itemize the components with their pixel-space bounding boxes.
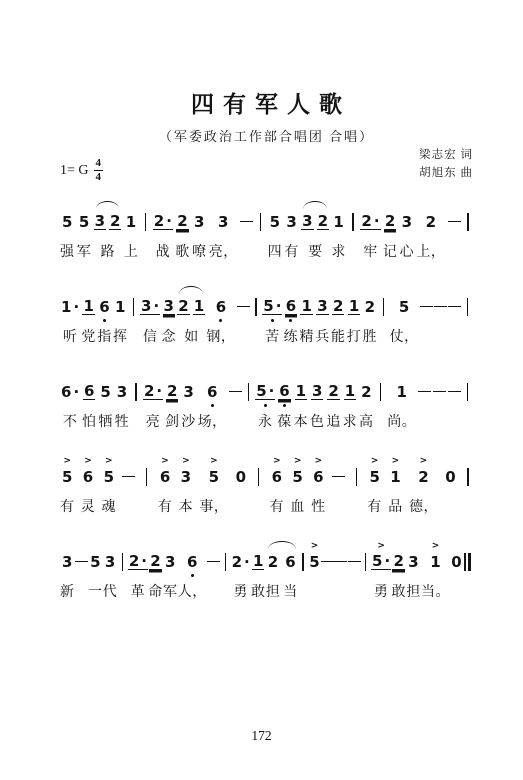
barline-stroke	[255, 298, 256, 316]
barline	[463, 199, 473, 261]
note: 3嘹	[192, 199, 207, 261]
note: 3担	[406, 539, 421, 601]
lyric: 有	[60, 494, 75, 516]
accent-mark: >	[311, 539, 319, 551]
lyric: 新	[60, 579, 75, 601]
lyric: 德，	[409, 494, 438, 516]
dash	[75, 539, 88, 601]
note-number: 2	[149, 553, 161, 570]
note-number: 3	[301, 213, 313, 230]
octave-zone	[283, 402, 286, 409]
barline-stroke	[467, 213, 468, 231]
slur-group: 21如	[177, 284, 205, 346]
duration-dash	[448, 391, 461, 393]
note-number: 2	[384, 213, 396, 230]
final-barline	[463, 539, 473, 601]
barline	[220, 539, 230, 601]
final-barline-strokes	[464, 553, 471, 571]
lyric: 指	[97, 324, 112, 346]
lyric: 魂	[102, 494, 117, 516]
music-line: 5强5军32路1上2·战2歌3嘹3亮，5四3有32要1求2·牢2记3心2上，	[60, 199, 473, 261]
barline-stroke	[146, 468, 147, 486]
note-number: 3	[401, 214, 413, 230]
lyric: 党	[81, 324, 96, 346]
note: 2歌	[175, 199, 190, 261]
note: 3心	[400, 199, 415, 261]
duration-dash	[237, 306, 250, 308]
slur-group: 32要	[301, 199, 329, 261]
duration-dash	[433, 391, 446, 393]
low-octave-dot	[103, 319, 106, 322]
low-octave-dot	[283, 404, 286, 407]
octave-zone	[211, 402, 214, 409]
lyric: 有	[158, 494, 173, 516]
dash	[207, 539, 220, 601]
note-number: 1	[348, 298, 360, 315]
accent-mark: >	[182, 454, 190, 466]
lyric: 事，	[199, 494, 228, 516]
music-line: 3新5一3代2·革2命3军6人，2·勇1敢2担6当>5>5·勇2敢3担>1当。0	[60, 539, 473, 601]
barline	[142, 454, 152, 516]
dash	[321, 539, 334, 601]
barline-stroke	[260, 213, 261, 231]
composer-credit: 胡旭东 曲	[419, 165, 473, 183]
note: 1尚。	[387, 369, 416, 431]
barline	[463, 284, 473, 346]
lyric: 要	[295, 239, 335, 261]
barline-stroke	[383, 298, 384, 316]
note-number: 6	[215, 299, 227, 315]
note-number: 6	[206, 384, 218, 400]
note-number: 3	[193, 214, 205, 230]
note: 6场，	[198, 369, 227, 431]
note: >5魂	[102, 454, 117, 516]
note-number: 2·	[143, 383, 163, 400]
lyric: 色	[310, 409, 325, 431]
note: 3新	[60, 539, 75, 601]
note-number: 2	[332, 298, 344, 315]
note: >1当。	[421, 539, 450, 601]
lyric: 亮	[146, 409, 161, 431]
dash	[122, 454, 135, 516]
note-number: 6	[271, 469, 283, 485]
note: 5·苦	[262, 284, 282, 346]
low-octave-dot	[191, 574, 194, 577]
duration-dash	[448, 306, 461, 308]
note-number: 5	[269, 214, 281, 230]
note-number: 1	[114, 299, 126, 315]
note-number: 3·	[140, 298, 160, 315]
key-prefix: 1= G	[60, 163, 89, 179]
note: >5有	[60, 454, 75, 516]
duration-dash	[321, 561, 334, 563]
note-number: 6	[186, 554, 198, 570]
note: >6性	[311, 454, 326, 516]
barline	[129, 284, 139, 346]
note-number: 3	[182, 384, 194, 400]
note: >1品	[388, 454, 403, 516]
note-number: 5·	[255, 383, 275, 400]
note: 3兵	[315, 284, 330, 346]
accent-mark: >	[273, 454, 281, 466]
dot-after: ·	[374, 212, 380, 230]
octave-zone	[271, 317, 274, 324]
note-number: 2	[364, 299, 376, 315]
credits: 梁志宏 词 胡旭东 曲	[419, 147, 473, 183]
dash	[334, 539, 347, 601]
lyric: 剑	[165, 409, 180, 431]
duration-dash	[448, 221, 461, 223]
barline	[141, 199, 151, 261]
note-number: 6	[83, 383, 95, 400]
page-number: 172	[0, 728, 523, 744]
note: 3军	[163, 539, 178, 601]
barline-stroke	[356, 468, 357, 486]
note-number: 1	[82, 298, 94, 315]
accent-mark: >	[161, 454, 169, 466]
barline-stroke	[467, 468, 468, 486]
slur-group: 32路	[94, 199, 122, 261]
note-number: 2	[360, 384, 372, 400]
note: 3代	[103, 539, 118, 601]
slur-group: 2担6当	[266, 539, 298, 601]
note: 3牲	[115, 369, 130, 431]
note-number: 3	[407, 554, 419, 570]
dot-after: ·	[156, 382, 162, 400]
low-octave-dot	[211, 404, 214, 407]
lyric: 担	[406, 579, 421, 601]
note: 6怕	[82, 369, 97, 431]
note-number: 2	[327, 383, 339, 400]
duration-dash	[332, 476, 345, 478]
note: 2上，	[416, 199, 445, 261]
note: >5血	[290, 454, 305, 516]
accent-mark: >	[377, 539, 385, 551]
accent-mark: >	[371, 454, 379, 466]
note: 1敢	[251, 539, 266, 601]
note-number: 0	[235, 469, 247, 485]
note: 5仗，	[390, 284, 419, 346]
lyric: 尚。	[387, 409, 416, 431]
lyric: 葆	[277, 409, 292, 431]
note-number: 5·	[262, 298, 282, 315]
note: 2敢	[391, 539, 406, 601]
lyric: 嘹	[192, 239, 207, 261]
note: 6·不	[60, 369, 80, 431]
lyric: 敢	[251, 579, 266, 601]
barline	[243, 369, 253, 431]
octave-zone	[289, 317, 292, 324]
lyric: 牢	[363, 239, 378, 261]
note-number: 6	[159, 469, 171, 485]
lyric: 勇	[374, 579, 389, 601]
lyric: 求	[343, 409, 358, 431]
barline	[251, 284, 261, 346]
note-number: 0	[444, 469, 456, 485]
lyric: 牺	[98, 409, 113, 431]
note-number: 3	[316, 298, 328, 315]
accent-mark: >	[392, 454, 400, 466]
lyric: 信	[143, 324, 158, 346]
barline	[375, 369, 385, 431]
accent-mark: >	[84, 454, 92, 466]
low-octave-dot	[219, 319, 222, 322]
barline	[298, 539, 308, 601]
duration-dash	[418, 391, 431, 393]
lyric: 有	[270, 494, 285, 516]
score: 5强5军32路1上2·战2歌3嘹3亮，5四3有32要1求2·牢2记3心2上，1·…	[60, 199, 473, 601]
lyric: 高	[359, 409, 374, 431]
note-number: 2	[267, 554, 279, 570]
dot-after: ·	[73, 298, 79, 316]
dash	[240, 199, 253, 261]
note-number: 1	[300, 298, 312, 315]
note: >5	[308, 539, 320, 601]
note: 1·听	[60, 284, 80, 346]
barline	[463, 369, 473, 431]
barline	[118, 539, 128, 601]
note-number: 3	[163, 298, 175, 315]
note: 3·信	[140, 284, 160, 346]
note-number: 2	[417, 469, 429, 485]
lyric: 本	[179, 494, 194, 516]
note-number: 2	[177, 298, 189, 315]
octave-zone	[219, 317, 222, 324]
lyricist-credit: 梁志宏 词	[419, 147, 473, 165]
slur-arc	[268, 541, 296, 549]
key-signature: 1= G 4 4	[60, 158, 103, 183]
note-number: 1	[396, 384, 408, 400]
note-number: 5	[61, 469, 73, 485]
lyric: 灵	[81, 494, 96, 516]
note-number: 2·	[231, 554, 251, 570]
duration-dash	[240, 221, 253, 223]
note: 2高	[359, 369, 374, 431]
music-line: >5有>6灵>5魂>6有>3本>5事，0>6有>5血>6性>5有>1品>2德，0	[60, 454, 473, 516]
lyric: 当。	[421, 579, 450, 601]
barline-stroke	[133, 298, 134, 316]
lyric: 路	[88, 239, 128, 261]
note-number: 3	[311, 383, 323, 400]
lyric: 怕	[82, 409, 97, 431]
note-number: 6·	[60, 384, 80, 400]
note: 5一	[88, 539, 103, 601]
note: >3本	[179, 454, 194, 516]
low-octave-dot	[271, 319, 274, 322]
lyric: 当	[283, 579, 298, 601]
lyric: 兵	[315, 324, 330, 346]
note-number: 6	[284, 554, 296, 570]
duration-dash	[207, 561, 220, 563]
lyric: 打	[347, 324, 362, 346]
note-number: 5	[291, 469, 303, 485]
dot-after: ·	[276, 297, 282, 315]
barline-stroke	[467, 298, 468, 316]
accent-mark: >	[63, 454, 71, 466]
octave-zone	[264, 402, 267, 409]
time-signature-bottom: 4	[94, 170, 104, 183]
note: >2德，	[409, 454, 438, 516]
lyric: 沙	[181, 409, 196, 431]
lyric: 挥	[113, 324, 128, 346]
note: 1求	[343, 369, 358, 431]
note-number: 6	[278, 383, 290, 400]
barline-stroke	[352, 213, 353, 231]
lyric: 有	[367, 494, 382, 516]
barline	[348, 199, 358, 261]
note-number: 2	[109, 213, 121, 230]
barline	[463, 454, 473, 516]
barline	[131, 369, 141, 431]
note: 3亮，	[209, 199, 238, 261]
barline-stroke	[467, 383, 468, 401]
sheet-music-page: 四有军人歌 （军委政治工作部合唱团 合唱） 1= G 4 4 梁志宏 词 胡旭东…	[0, 0, 523, 780]
note-number: 2·	[360, 213, 380, 230]
dash	[229, 369, 242, 431]
note-number: 5	[61, 214, 73, 230]
dot-after: ·	[166, 212, 172, 230]
lyric: 战	[156, 239, 171, 261]
note-number: 3	[217, 214, 229, 230]
lyric: 性	[311, 494, 326, 516]
barline	[378, 284, 388, 346]
note: 1打	[347, 284, 362, 346]
note: >6有	[270, 454, 285, 516]
note: 5四	[268, 199, 283, 261]
lyric: 血	[290, 494, 305, 516]
note-number: 6	[285, 298, 297, 315]
octave-zone	[103, 317, 106, 324]
barline-stroke	[145, 213, 146, 231]
note-number: 2	[317, 213, 329, 230]
lyric: 亮，	[209, 239, 238, 261]
note-number: 1	[389, 469, 401, 485]
note-number: 3	[164, 554, 176, 570]
song-subtitle: （军委政治工作部合唱团 合唱）	[60, 126, 473, 145]
barline-stroke	[302, 553, 303, 571]
low-octave-dot	[289, 319, 292, 322]
lyric: 革	[131, 579, 146, 601]
time-signature-top: 4	[94, 158, 104, 170]
note-number: 2·	[128, 553, 148, 570]
dot-after: ·	[73, 383, 79, 401]
accent-mark: >	[105, 454, 113, 466]
note: 2·勇	[231, 539, 251, 601]
note-number: 5	[78, 214, 90, 230]
lyric: 命	[148, 579, 163, 601]
duration-dash	[434, 306, 447, 308]
dash	[348, 539, 361, 601]
note: 6练	[284, 284, 299, 346]
dot-after: ·	[141, 552, 147, 570]
accent-mark: >	[315, 454, 323, 466]
lyric: 如	[171, 324, 211, 346]
lyric: 上，	[416, 239, 445, 261]
accent-mark: >	[210, 454, 218, 466]
note: 1本	[294, 369, 309, 431]
dot-after: ·	[244, 553, 250, 571]
lyric: 品	[388, 494, 403, 516]
note: 6指	[97, 284, 112, 346]
accent-mark: >	[420, 454, 428, 466]
dash	[448, 284, 461, 346]
duration-dash	[75, 561, 88, 563]
note-number: 3	[180, 469, 192, 485]
dash	[418, 369, 431, 431]
barline-stroke	[122, 553, 123, 571]
note: >5·勇	[371, 539, 391, 601]
note-number: 1	[125, 214, 137, 230]
note: 2能	[331, 284, 346, 346]
lyric: 勇	[233, 579, 248, 601]
note: >5事，	[199, 454, 228, 516]
dash	[420, 284, 433, 346]
note: 2·革	[128, 539, 148, 601]
note-number: 1	[332, 214, 344, 230]
note: 2记	[383, 199, 398, 261]
note-number: 0	[450, 554, 462, 570]
note-number: 3	[116, 384, 128, 400]
note: 2·战	[153, 199, 173, 261]
note: 2追	[326, 369, 341, 431]
lyric: 仗，	[390, 324, 419, 346]
note-number: 1	[252, 553, 264, 570]
music-line: 6·不6怕5牺3牲2·亮2剑3沙6场，5·永6葆1本3色2追1求2高1尚。	[60, 369, 473, 431]
lyric: 胜	[363, 324, 378, 346]
rest-note: 0	[235, 454, 247, 516]
accent-mark: >	[294, 454, 302, 466]
dash	[434, 284, 447, 346]
lyric: 敢	[391, 579, 406, 601]
barline	[255, 199, 265, 261]
lyric: 场，	[198, 409, 227, 431]
page-title: 四有军人歌	[60, 86, 473, 119]
note-number: 5	[208, 469, 220, 485]
lyric: 永	[258, 409, 273, 431]
note-number: 3	[285, 214, 297, 230]
note-number: 2	[392, 553, 404, 570]
note-number: 5·	[371, 553, 391, 570]
note-number: 3	[94, 213, 106, 230]
note: 5·永	[255, 369, 275, 431]
rest-note: 0	[444, 454, 456, 516]
lyric: 歌	[175, 239, 190, 261]
lyric: 听	[63, 324, 78, 346]
barline	[361, 539, 371, 601]
duration-dash	[334, 561, 347, 563]
dash	[433, 369, 446, 431]
lyric: 强	[60, 239, 75, 261]
note-number: 5	[368, 469, 380, 485]
note-number: 2	[425, 214, 437, 230]
lyric: 本	[294, 409, 309, 431]
note: 1挥	[113, 284, 128, 346]
note: 2剑	[165, 369, 180, 431]
note: 2·牢	[360, 199, 380, 261]
lyric: 追	[326, 409, 341, 431]
dot-after: ·	[384, 552, 390, 570]
note: 1党	[81, 284, 96, 346]
duration-dash	[420, 306, 433, 308]
note-number: 1	[193, 298, 205, 315]
barline	[253, 454, 263, 516]
note-number: 2·	[153, 213, 173, 230]
barline-stroke	[225, 553, 226, 571]
note-number: 2	[176, 213, 188, 230]
lyric: 苦	[265, 324, 280, 346]
note: 2胜	[363, 284, 378, 346]
note: 6葆	[277, 369, 292, 431]
